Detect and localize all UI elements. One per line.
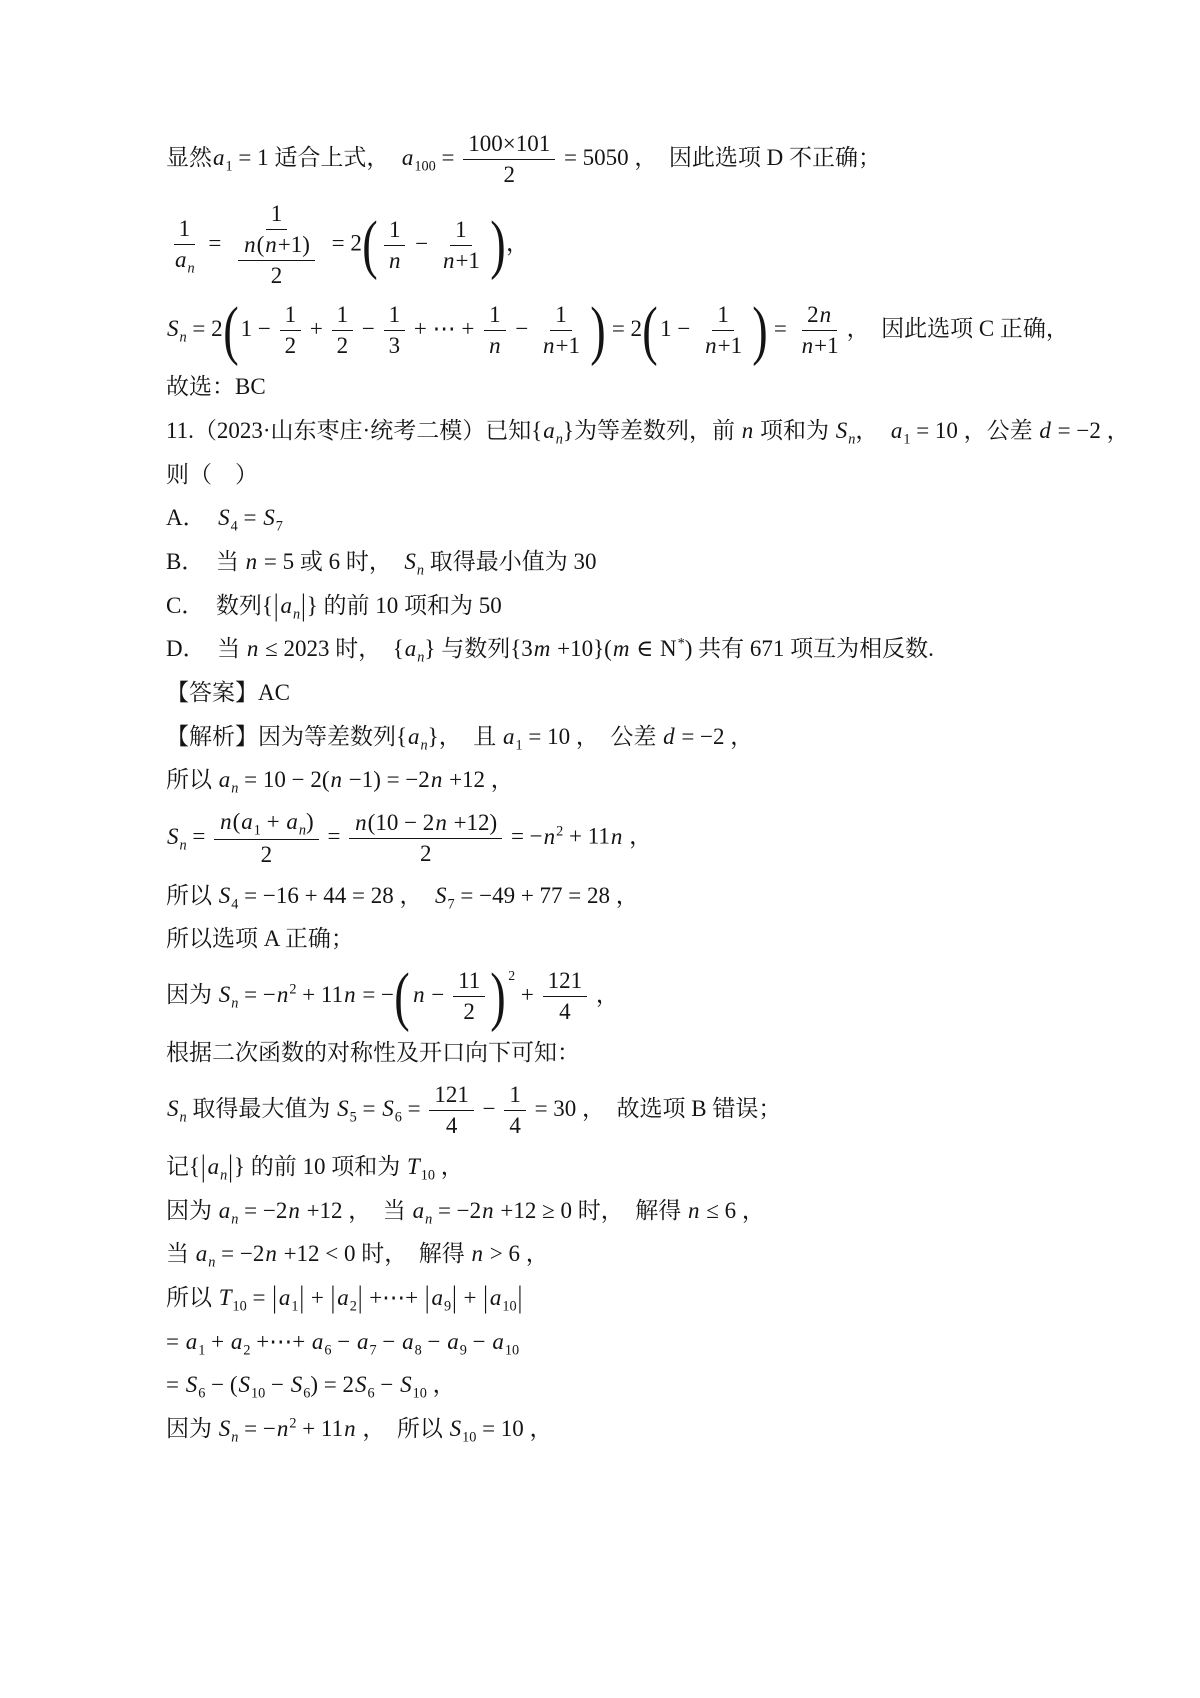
abs-content: a1 (278, 1282, 299, 1315)
text-run: = −2 ， (676, 724, 754, 749)
math-fraction: 1an (169, 215, 200, 276)
fraction-numerator: 1 (384, 301, 406, 331)
text-run: 【答案】AC (166, 680, 290, 705)
fraction-numerator: 1 (450, 216, 472, 246)
text-run: 显然 (166, 145, 212, 170)
open-paren: ( (394, 969, 409, 1025)
math-variable: an (542, 418, 563, 443)
math-fraction: 2nn+1 (796, 301, 844, 360)
text-run: = − (238, 1416, 275, 1441)
variable-name: n (488, 333, 502, 358)
variable-name: a (285, 809, 299, 834)
math-variable: an (280, 593, 301, 618)
close-paren: ) (491, 969, 506, 1025)
math-variable: n (434, 810, 448, 835)
text-run: 1 (271, 201, 283, 226)
math-subscript: 6 (324, 1342, 331, 1358)
text-run: 1 (179, 216, 191, 241)
math-subscript: 9 (460, 1342, 467, 1358)
text-run: = (322, 824, 346, 849)
math-subscript: n (421, 737, 428, 753)
math-variable: n (801, 333, 815, 358)
variable-name: a (212, 145, 226, 170)
text-run: +10} (551, 636, 604, 661)
variable-name: T (218, 1285, 233, 1310)
doc-line: B． 当 n = 5 或 6 时， Sn 取得最小值为 30 (166, 546, 1150, 579)
fraction-numerator: 11 (453, 967, 485, 997)
fraction-denominator: 4 (504, 1111, 526, 1140)
text-run: + 11 (296, 982, 343, 1007)
abs-bar: | (517, 1277, 524, 1320)
text-run: 为等差数列，前 (574, 418, 741, 443)
text-run: 121 (434, 1082, 469, 1107)
math-variable: a1 (185, 1329, 206, 1354)
text-run: = (166, 1372, 185, 1397)
fraction-numerator: 1 (550, 301, 572, 331)
math-fraction: 1n+1 (437, 216, 485, 275)
variable-name: n (264, 1241, 278, 1266)
fraction-denominator: 4 (554, 997, 576, 1026)
text-run: {3 (510, 636, 533, 661)
text-run: ( (604, 636, 612, 661)
variable-name: S (835, 418, 849, 443)
text-run: + (304, 316, 328, 341)
variable-name: a (404, 636, 418, 661)
fraction-denominator: 2 (498, 160, 520, 189)
text-run: 1 (389, 302, 401, 327)
text-run: +1 (455, 248, 479, 273)
variable-name: n (610, 824, 624, 849)
text-run: = −16 + 44 = 28 ， (238, 883, 434, 908)
fraction-numerator: 1 (332, 301, 354, 331)
text-run: 2 (261, 842, 273, 867)
text-run: ) = 2 (310, 1372, 354, 1397)
text-run: = −2 (215, 1241, 264, 1266)
abs-bar: | (330, 1277, 337, 1320)
text-run: 共有 671 项互为相反数. (692, 636, 934, 661)
math-variable: n (481, 1198, 495, 1223)
text-run: 因为 (166, 982, 218, 1007)
variable-name: S (166, 824, 180, 849)
math-variable: Sn (166, 316, 187, 341)
text-run: = (203, 230, 227, 255)
text-run: 当 (166, 1241, 195, 1266)
text-run: 与数列 (435, 636, 510, 661)
paren-content: 1n − 1n+1 (378, 216, 490, 275)
abs-bar: | (227, 1146, 234, 1189)
math-variable: an (412, 1198, 433, 1223)
text-run: 1 (389, 217, 401, 242)
variable-name: a (280, 593, 294, 618)
text-run: = 5 或 6 时， (258, 549, 403, 574)
math-variable: n2 (543, 824, 564, 849)
abs-bar: | (482, 1277, 489, 1320)
abs-bar: | (357, 1277, 364, 1320)
text-run: 2 (285, 333, 297, 358)
math-fraction: 112 (453, 967, 485, 1026)
math-variable: n (354, 810, 368, 835)
text-run: +12 ， 当 (301, 1198, 412, 1223)
math-subscript: n (417, 563, 424, 579)
text-run: } (307, 593, 318, 618)
math-subscript: 100 (414, 158, 435, 174)
text-run: = − (357, 982, 394, 1007)
paren-content: n − 112 (410, 967, 490, 1026)
variable-name: n (343, 982, 357, 1007)
math-fraction: 1n+1 (699, 301, 747, 360)
variable-name: n (246, 636, 260, 661)
text-run: = (166, 1329, 185, 1354)
text-run: = −2 ， (1052, 418, 1130, 443)
math-variable: Sn (403, 549, 424, 574)
text-run: ， (427, 1372, 456, 1397)
math-subscript: 1 (254, 822, 261, 838)
math-variable: S10 (449, 1416, 477, 1441)
text-run: ∈ (630, 636, 659, 661)
fraction-denominator: n+1 (796, 331, 844, 360)
math-superscript: * (678, 636, 685, 652)
text-run: (10 − 2 (368, 810, 435, 835)
text-run: 故选：BC (166, 374, 266, 399)
variable-name: S (381, 1096, 395, 1121)
doc-line: 记{|an|} 的前 10 项和为 T10 ， (166, 1151, 1150, 1184)
variable-name: S (449, 1416, 463, 1441)
fraction-numerator: 1 (504, 1081, 526, 1111)
math-variable: n (264, 232, 278, 257)
text-run: − (332, 1329, 356, 1354)
fraction-denominator: 2 (280, 331, 302, 360)
fraction-numerator: 2n (802, 301, 837, 331)
variable-name: n (471, 1241, 485, 1266)
text-run: − ( (205, 1372, 237, 1397)
text-run: ≤ 2023 时， (259, 636, 392, 661)
variable-name: a (489, 1285, 503, 1310)
text-run: 取得最大值为 (187, 1096, 337, 1121)
variable-name: a (431, 1285, 445, 1310)
fraction-denominator: 2 (256, 840, 278, 869)
text-run: ， (623, 824, 652, 849)
fraction-numerator: n(10 − 2n +12) (349, 809, 502, 839)
fraction-numerator: 1 (484, 301, 506, 331)
variable-name: S (218, 1416, 232, 1441)
text-run: 1 (717, 302, 729, 327)
math-variable: n (343, 1416, 357, 1441)
math-variable: n (819, 302, 833, 327)
text-run: } (428, 724, 439, 749)
text-run: 1 (285, 302, 297, 327)
text-run: ≤ 6 ， (701, 1198, 765, 1223)
text-run: + 11 (296, 1416, 343, 1441)
text-run: − (409, 230, 433, 255)
doc-line: 所以 T10 = |a1| + |a2| +⋯+ |a9| + |a10| (166, 1282, 1150, 1315)
math-variable: a8 (401, 1329, 422, 1354)
doc-line: C． 数列{|an|} 的前 10 项和为 50 (166, 590, 1150, 623)
doc-line: Sn = 2(1 − 12 + 12 − 13 + ⋯ + 1n − 1n+1)… (166, 301, 1150, 360)
text-run: ， (855, 418, 890, 443)
text-run: { (531, 418, 542, 443)
math-variable: n (430, 767, 444, 792)
math-subscript: n (180, 1109, 187, 1125)
text-run: +1) (278, 232, 310, 257)
variable-name: a (218, 767, 232, 792)
text-run: { (189, 1154, 200, 1179)
variable-name: a (218, 1198, 232, 1223)
text-run: = (768, 316, 792, 341)
math-variable: n (219, 809, 233, 834)
math-variable: S6 (290, 1372, 311, 1397)
variable-name: n (687, 1198, 701, 1223)
doc-line: Sn = n(a1 + an)2 = n(10 − 2n +12)2 = −n2… (166, 808, 1150, 869)
text-run: A． (166, 505, 217, 530)
text-run: = − (505, 824, 542, 849)
text-run: ， 且 (439, 724, 502, 749)
text-run: 的前 10 项和为 (245, 1154, 406, 1179)
math-subscript: 1 (515, 737, 522, 753)
abs-bar: | (451, 1277, 458, 1320)
math-variable: n (471, 1241, 485, 1266)
text-run: B． 当 (166, 549, 245, 574)
text-run: 11 (458, 968, 480, 993)
math-variable: an (404, 636, 425, 661)
math-subscript: 7 (276, 519, 283, 535)
doc-line: 所以选项 A 正确； (166, 923, 1150, 956)
math-variable: n (442, 248, 456, 273)
variable-name: n (704, 333, 718, 358)
math-fraction: 12 (280, 301, 302, 360)
math-variable: S7 (262, 505, 283, 530)
text-run: + ⋯ + (408, 316, 480, 341)
text-run: 根据二次函数的对称性及开口向下可知： (166, 1040, 580, 1065)
variable-name: n (264, 232, 278, 257)
math-variable: Sn (218, 982, 239, 1007)
math-variable: n (343, 982, 357, 1007)
math-variable: n (704, 333, 718, 358)
variable-name: T (406, 1154, 421, 1179)
fraction-numerator: 1 (712, 301, 734, 331)
variable-name: n (287, 1198, 301, 1223)
fraction-denominator: n+1 (537, 331, 585, 360)
text-run: − (422, 1329, 446, 1354)
math-variable: an (218, 1198, 239, 1223)
math-subscript: 1 (226, 158, 233, 174)
text-run: 2 (463, 999, 475, 1024)
text-run: 1 (337, 302, 349, 327)
math-variable: n (412, 982, 426, 1007)
variable-name: a (278, 1285, 292, 1310)
text-run: = 2 (326, 230, 362, 255)
variable-name: a (240, 809, 254, 834)
fraction-numerator: n(a1 + an) (214, 808, 319, 840)
math-variable: S6 (381, 1096, 402, 1121)
variable-name: a (185, 1329, 199, 1354)
text-run: ， (435, 1154, 464, 1179)
math-subscript: 6 (395, 1109, 402, 1125)
close-paren: ) (490, 217, 505, 273)
math-fraction: 1n(n+1)2 (230, 200, 323, 290)
math-variable: n (287, 1198, 301, 1223)
doc-line: 【解析】因为等差数列{an}， 且 a1 = 10 ， 公差 d = −2 ， (166, 721, 1150, 754)
text-run: +1 (556, 333, 580, 358)
variable-name: n (219, 809, 233, 834)
variable-name: S (434, 883, 448, 908)
text-run: + (458, 1285, 482, 1310)
abs-bar: | (299, 1277, 306, 1320)
text-run: +⋯+ (250, 1329, 310, 1354)
variable-name: d (1038, 418, 1052, 443)
math-variable: Sn (218, 1416, 239, 1441)
math-fraction: 1n (483, 301, 507, 360)
math-variable: an (195, 1241, 216, 1266)
math-subscript: 7 (448, 896, 455, 912)
math-variable: n (610, 824, 624, 849)
math-subscript: n (299, 822, 306, 838)
text-run: + (515, 982, 539, 1007)
text-run: − (377, 1329, 401, 1354)
variable-name: S (218, 883, 232, 908)
math-subscript: 10 (502, 1299, 516, 1315)
text-run: − (426, 982, 450, 1007)
math-fraction: 1214 (429, 1081, 474, 1140)
fraction-numerator: 121 (543, 967, 588, 997)
fraction-denominator: 4 (441, 1111, 463, 1140)
math-variable: an (207, 1154, 228, 1179)
math-variable: n (687, 1198, 701, 1223)
variable-name: a (207, 1154, 221, 1179)
math-variable: n (245, 549, 259, 574)
variable-name: a (407, 724, 421, 749)
text-run: 1 (455, 217, 467, 242)
variable-name: m (612, 636, 631, 661)
doc-line: 因为 Sn = −n2 + 11n = −(n − 112)2 + 1214 ， (166, 967, 1150, 1026)
text-run: 4 (509, 1113, 521, 1138)
variable-name: n (430, 767, 444, 792)
math-subscript: n (180, 837, 187, 853)
text-run: +12 ， (443, 767, 513, 792)
variable-name: a (491, 1329, 505, 1354)
math-variable: Sn (835, 418, 856, 443)
text-run: 1 − (660, 316, 696, 341)
math-fraction: 1214 (543, 967, 588, 1026)
math-subscript: n (180, 330, 187, 346)
doc-line: 则（ ） (166, 459, 1150, 492)
text-run: = −2 (238, 1198, 287, 1223)
fraction-denominator: n+1 (699, 331, 747, 360)
text-run: 所以 (166, 883, 218, 908)
open-paren: ( (223, 303, 238, 359)
variable-name: N (659, 636, 678, 661)
math-variable: S5 (336, 1096, 357, 1121)
text-run: 取得最小值为 30 (424, 549, 597, 574)
doc-line: 所以 S4 = −16 + 44 = 28 ， S7 = −49 + 77 = … (166, 880, 1150, 913)
variable-name: S (218, 982, 232, 1007)
text-run: − (375, 1372, 399, 1397)
fraction-denominator: 2 (332, 331, 354, 360)
variable-name: a (401, 1329, 415, 1354)
math-variable: a1 (502, 724, 523, 749)
doc-line: Sn 取得最大值为 S5 = S6 = 1214 − 14 = 30 ， 故选项… (166, 1081, 1150, 1140)
math-variable: an (174, 247, 195, 272)
fraction-numerator: n(n+1) (238, 231, 315, 261)
math-variable: a1 (278, 1285, 299, 1310)
text-run: D． 当 (166, 636, 246, 661)
variable-name: n (245, 549, 259, 574)
abs-bar: | (200, 1146, 207, 1189)
math-variable: n (329, 767, 343, 792)
math-variable: T10 (406, 1154, 435, 1179)
math-paren-group: (1 − 1n+1) (642, 301, 768, 360)
doc-line: = a1 + a2 +⋯+ a6 − a7 − a8 − a9 − a10 (166, 1326, 1150, 1359)
math-fraction: 100×1012 (463, 130, 555, 189)
math-variable: n (488, 333, 502, 358)
variable-name: n (276, 982, 290, 1007)
doc-line: 【答案】AC (166, 677, 1150, 710)
text-run: = −2 (432, 1198, 481, 1223)
variable-name: a (412, 1198, 426, 1223)
fraction-numerator: 1 (384, 216, 406, 246)
math-variable: a1 (212, 145, 233, 170)
text-run: 2 (420, 841, 432, 866)
text-run: 2 (271, 263, 283, 288)
text-run: } (424, 636, 435, 661)
math-paren-group: (1n − 1n+1) (362, 216, 506, 275)
doc-line: 根据二次函数的对称性及开口向下可知： (166, 1037, 1150, 1070)
variable-name: n (243, 232, 257, 257)
text-run: 记 (166, 1154, 189, 1179)
text-run: 1 − (241, 316, 277, 341)
math-variable: n (741, 418, 755, 443)
variable-name: S (185, 1372, 199, 1397)
math-variable: n2 (276, 982, 297, 1007)
math-variable: a100 (401, 145, 436, 170)
math-variable: m (533, 636, 552, 661)
fraction-denominator: 2 (458, 997, 480, 1026)
text-run: { (396, 724, 407, 749)
math-variable: a9 (446, 1329, 467, 1354)
text-run: +12) (448, 810, 497, 835)
math-subscript: n (293, 606, 300, 622)
variable-name: a (230, 1329, 244, 1354)
text-run: 的前 10 项和为 50 (318, 593, 502, 618)
math-abs-group: |a1| (271, 1282, 305, 1315)
text-run: 3 (389, 333, 401, 358)
variable-name: n (343, 1416, 357, 1441)
math-variable: n (542, 333, 556, 358)
text-run: = −49 + 77 = 28 ， (455, 883, 639, 908)
text-run: = 10 − 2( (238, 767, 329, 792)
text-run: 2 (807, 302, 819, 327)
text-run: 100×101 (468, 131, 550, 156)
variable-name: a (174, 247, 188, 272)
variable-name: a (401, 145, 415, 170)
math-abs-group: |a9| (424, 1282, 458, 1315)
text-run: − (265, 1372, 289, 1397)
text-run: + (261, 809, 285, 834)
variable-name: a (502, 724, 516, 749)
fraction-denominator: 2 (266, 261, 288, 290)
text-run: } (563, 418, 574, 443)
math-variable: a7 (356, 1329, 377, 1354)
text-run: = 10 ， 公差 (523, 724, 662, 749)
text-run: 所以选项 A 正确； (166, 926, 354, 951)
math-variable: n2 (276, 1416, 297, 1441)
variable-name: a (356, 1329, 370, 1354)
variable-name: n (354, 810, 368, 835)
variable-name: S (290, 1372, 304, 1397)
math-abs-group: |a2| (330, 1282, 364, 1315)
text-run: 【解析】因为等差数列 (166, 724, 396, 749)
math-variable: n (246, 636, 260, 661)
math-fraction: 1n+1 (537, 301, 585, 360)
